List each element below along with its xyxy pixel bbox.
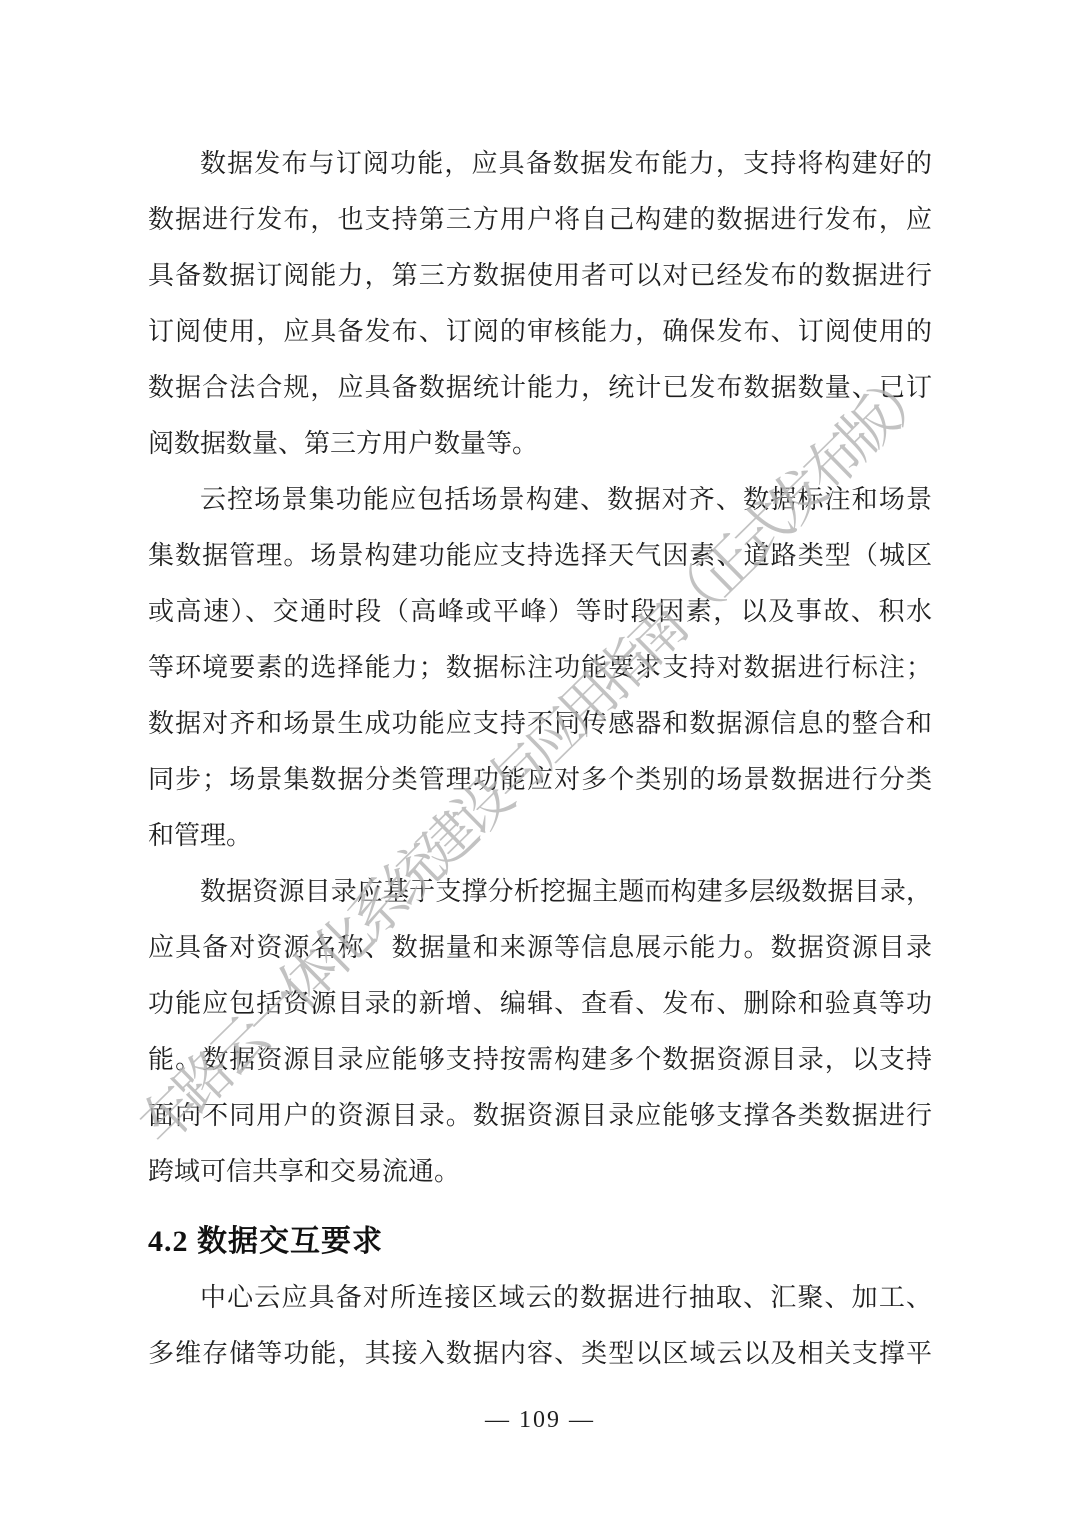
document-page: 车路云一体化系统建设与应用指南（正式发布版） 数据发布与订阅功能，应具备数据发布…: [0, 0, 1080, 1527]
section-heading: 4.2 数据交互要求: [148, 1214, 932, 1270]
paragraph-data-resource-catalog: 数据资源目录应基于支撑分析挖掘主题而构建多层级数据目录，应具备对资源名称、数据量…: [148, 864, 932, 1200]
text-line: 数据合法合规，应具备数据统计能力，统计已发布数据数量、已订: [148, 360, 932, 416]
text-line: 数据发布与订阅功能，应具备数据发布能力，支持将构建好的: [148, 136, 932, 192]
page-number: — 109 —: [0, 1404, 1080, 1436]
text-line: 多维存储等功能，其接入数据内容、类型以区域云以及相关支撑平: [148, 1326, 932, 1382]
page-content: 数据发布与订阅功能，应具备数据发布能力，支持将构建好的数据进行发布，也支持第三方…: [148, 136, 932, 1382]
text-line: 同步；场景集数据分类管理功能应对多个类别的场景数据进行分类: [148, 752, 932, 808]
text-line: 订阅使用，应具备发布、订阅的审核能力，确保发布、订阅使用的: [148, 304, 932, 360]
text-line: 应具备对资源名称、数据量和来源等信息展示能力。数据资源目录: [148, 920, 932, 976]
paragraph-data-publish-subscribe: 数据发布与订阅功能，应具备数据发布能力，支持将构建好的数据进行发布，也支持第三方…: [148, 136, 932, 472]
text-line: 云控场景集功能应包括场景构建、数据对齐、数据标注和场景: [148, 472, 932, 528]
text-line: 数据资源目录应基于支撑分析挖掘主题而构建多层级数据目录，: [148, 864, 932, 920]
text-line: 跨域可信共享和交易流通。: [148, 1144, 932, 1200]
paragraph-cloud-scenario-set: 云控场景集功能应包括场景构建、数据对齐、数据标注和场景集数据管理。场景构建功能应…: [148, 472, 932, 864]
text-line: 具备数据订阅能力，第三方数据使用者可以对已经发布的数据进行: [148, 248, 932, 304]
text-line: 集数据管理。场景构建功能应支持选择天气因素、道路类型（城区: [148, 528, 932, 584]
text-line: 等环境要素的选择能力；数据标注功能要求支持对数据进行标注；: [148, 640, 932, 696]
text-line: 功能应包括资源目录的新增、编辑、查看、发布、删除和验真等功: [148, 976, 932, 1032]
paragraph-central-cloud: 中心云应具备对所连接区域云的数据进行抽取、汇聚、加工、多维存储等功能，其接入数据…: [148, 1270, 932, 1382]
text-line: 面向不同用户的资源目录。数据资源目录应能够支撑各类数据进行: [148, 1088, 932, 1144]
text-line: 阅数据数量、第三方用户数量等。: [148, 416, 932, 472]
text-line: 或高速）、交通时段（高峰或平峰）等时段因素，以及事故、积水: [148, 584, 932, 640]
text-line: 和管理。: [148, 808, 932, 864]
text-line: 能。数据资源目录应能够支持按需构建多个数据资源目录，以支持: [148, 1032, 932, 1088]
text-line: 数据对齐和场景生成功能应支持不同传感器和数据源信息的整合和: [148, 696, 932, 752]
text-line: 中心云应具备对所连接区域云的数据进行抽取、汇聚、加工、: [148, 1270, 932, 1326]
text-line: 数据进行发布，也支持第三方用户将自己构建的数据进行发布，应: [148, 192, 932, 248]
